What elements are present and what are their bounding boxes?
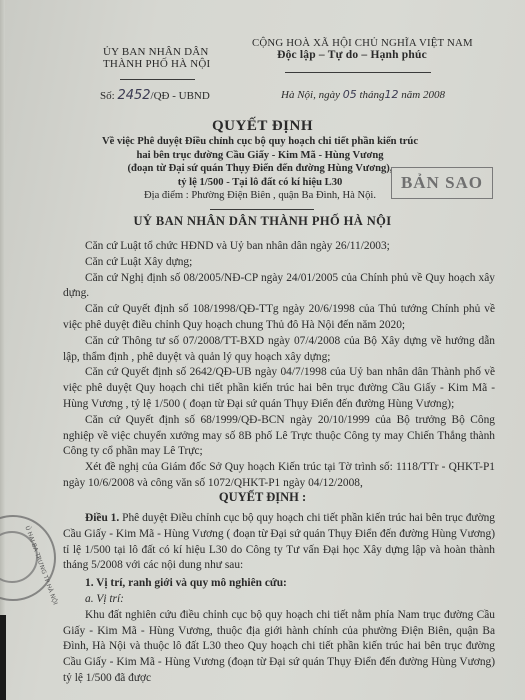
- section-text: Khu đất nghiên cứu điều chỉnh cục bộ quy…: [63, 608, 495, 687]
- legal-basis: Căn cứ Nghị định số 08/2005/NĐ-CP ngày 2…: [63, 271, 495, 303]
- legal-basis: Căn cứ Luật tổ chức HĐND và Uỷ ban nhân …: [63, 239, 495, 255]
- article-text: Phê duyệt Điều chỉnh cục bộ quy hoạch ch…: [63, 512, 495, 571]
- decision-number: Số: 2452/QĐ - UBND: [100, 88, 210, 103]
- document-page: ỦY BAN NHÂN DÂN THÀNH PHỐ HÀ NỘI CỘNG HO…: [0, 0, 525, 700]
- issuer-line-2: THÀNH PHỐ HÀ NỘI: [103, 58, 203, 70]
- national-name: CỘNG HOÀ XÃ HỘI CHỦ NGHĨA VIỆT NAM: [252, 37, 452, 49]
- issuer-underline: [120, 79, 195, 80]
- scan-shadow: [0, 615, 6, 700]
- subsection-heading: a. Vị trí:: [63, 592, 495, 608]
- handwritten-month: 12: [385, 88, 399, 101]
- document-title: QUYẾT ĐỊNH: [0, 118, 525, 135]
- section-heading: 1. Vị trí, ranh giới và quy mô nghiên cứ…: [63, 576, 495, 592]
- article-1: Điều 1. Phê duyệt Điều chỉnh cục bộ quy …: [63, 511, 495, 687]
- handwritten-day: 05: [343, 88, 357, 101]
- subject-underline: [210, 209, 314, 210]
- legal-basis: Căn cứ Luật Xây dựng;: [63, 255, 495, 271]
- handwritten-number: 2452: [117, 88, 150, 103]
- decision-date: Hà Nội, ngày 05 tháng12 năm 2008: [281, 88, 445, 101]
- legal-basis: Căn cứ Quyết định số 108/1998/QĐ-TTg ngà…: [63, 302, 495, 334]
- copy-stamp: BẢN SAO: [391, 167, 493, 199]
- issuer-line-1: ỦY BAN NHÂN DÂN: [103, 46, 203, 58]
- legal-basis: Căn cứ Quyết định số 2642/QĐ-UB ngày 04/…: [63, 365, 495, 412]
- motto-underline: [285, 72, 431, 73]
- legal-basis: Căn cứ Quyết định số 68/1999/QĐ-BCN ngày…: [63, 413, 495, 460]
- preamble: Căn cứ Luật tổ chức HĐND và Uỷ ban nhân …: [63, 239, 495, 492]
- national-motto: Độc lập – Tự do – Hạnh phúc: [252, 49, 452, 61]
- article-label: Điều 1.: [85, 512, 119, 524]
- national-header: CỘNG HOÀ XÃ HỘI CHỦ NGHĨA VIỆT NAM Độc l…: [252, 37, 452, 61]
- legal-basis: Căn cứ Thông tư số 07/2008/TT-BXD ngày 0…: [63, 334, 495, 366]
- issuer-header: ỦY BAN NHÂN DÂN THÀNH PHỐ HÀ NỘI: [103, 46, 203, 70]
- issuing-authority: UỶ BAN NHÂN DÂN THÀNH PHỐ HÀ NỘI: [0, 214, 525, 229]
- proposal-basis: Xét đề nghị của Giám đốc Sở Quy hoạch Ki…: [63, 460, 495, 492]
- decision-heading: QUYẾT ĐỊNH :: [0, 490, 525, 505]
